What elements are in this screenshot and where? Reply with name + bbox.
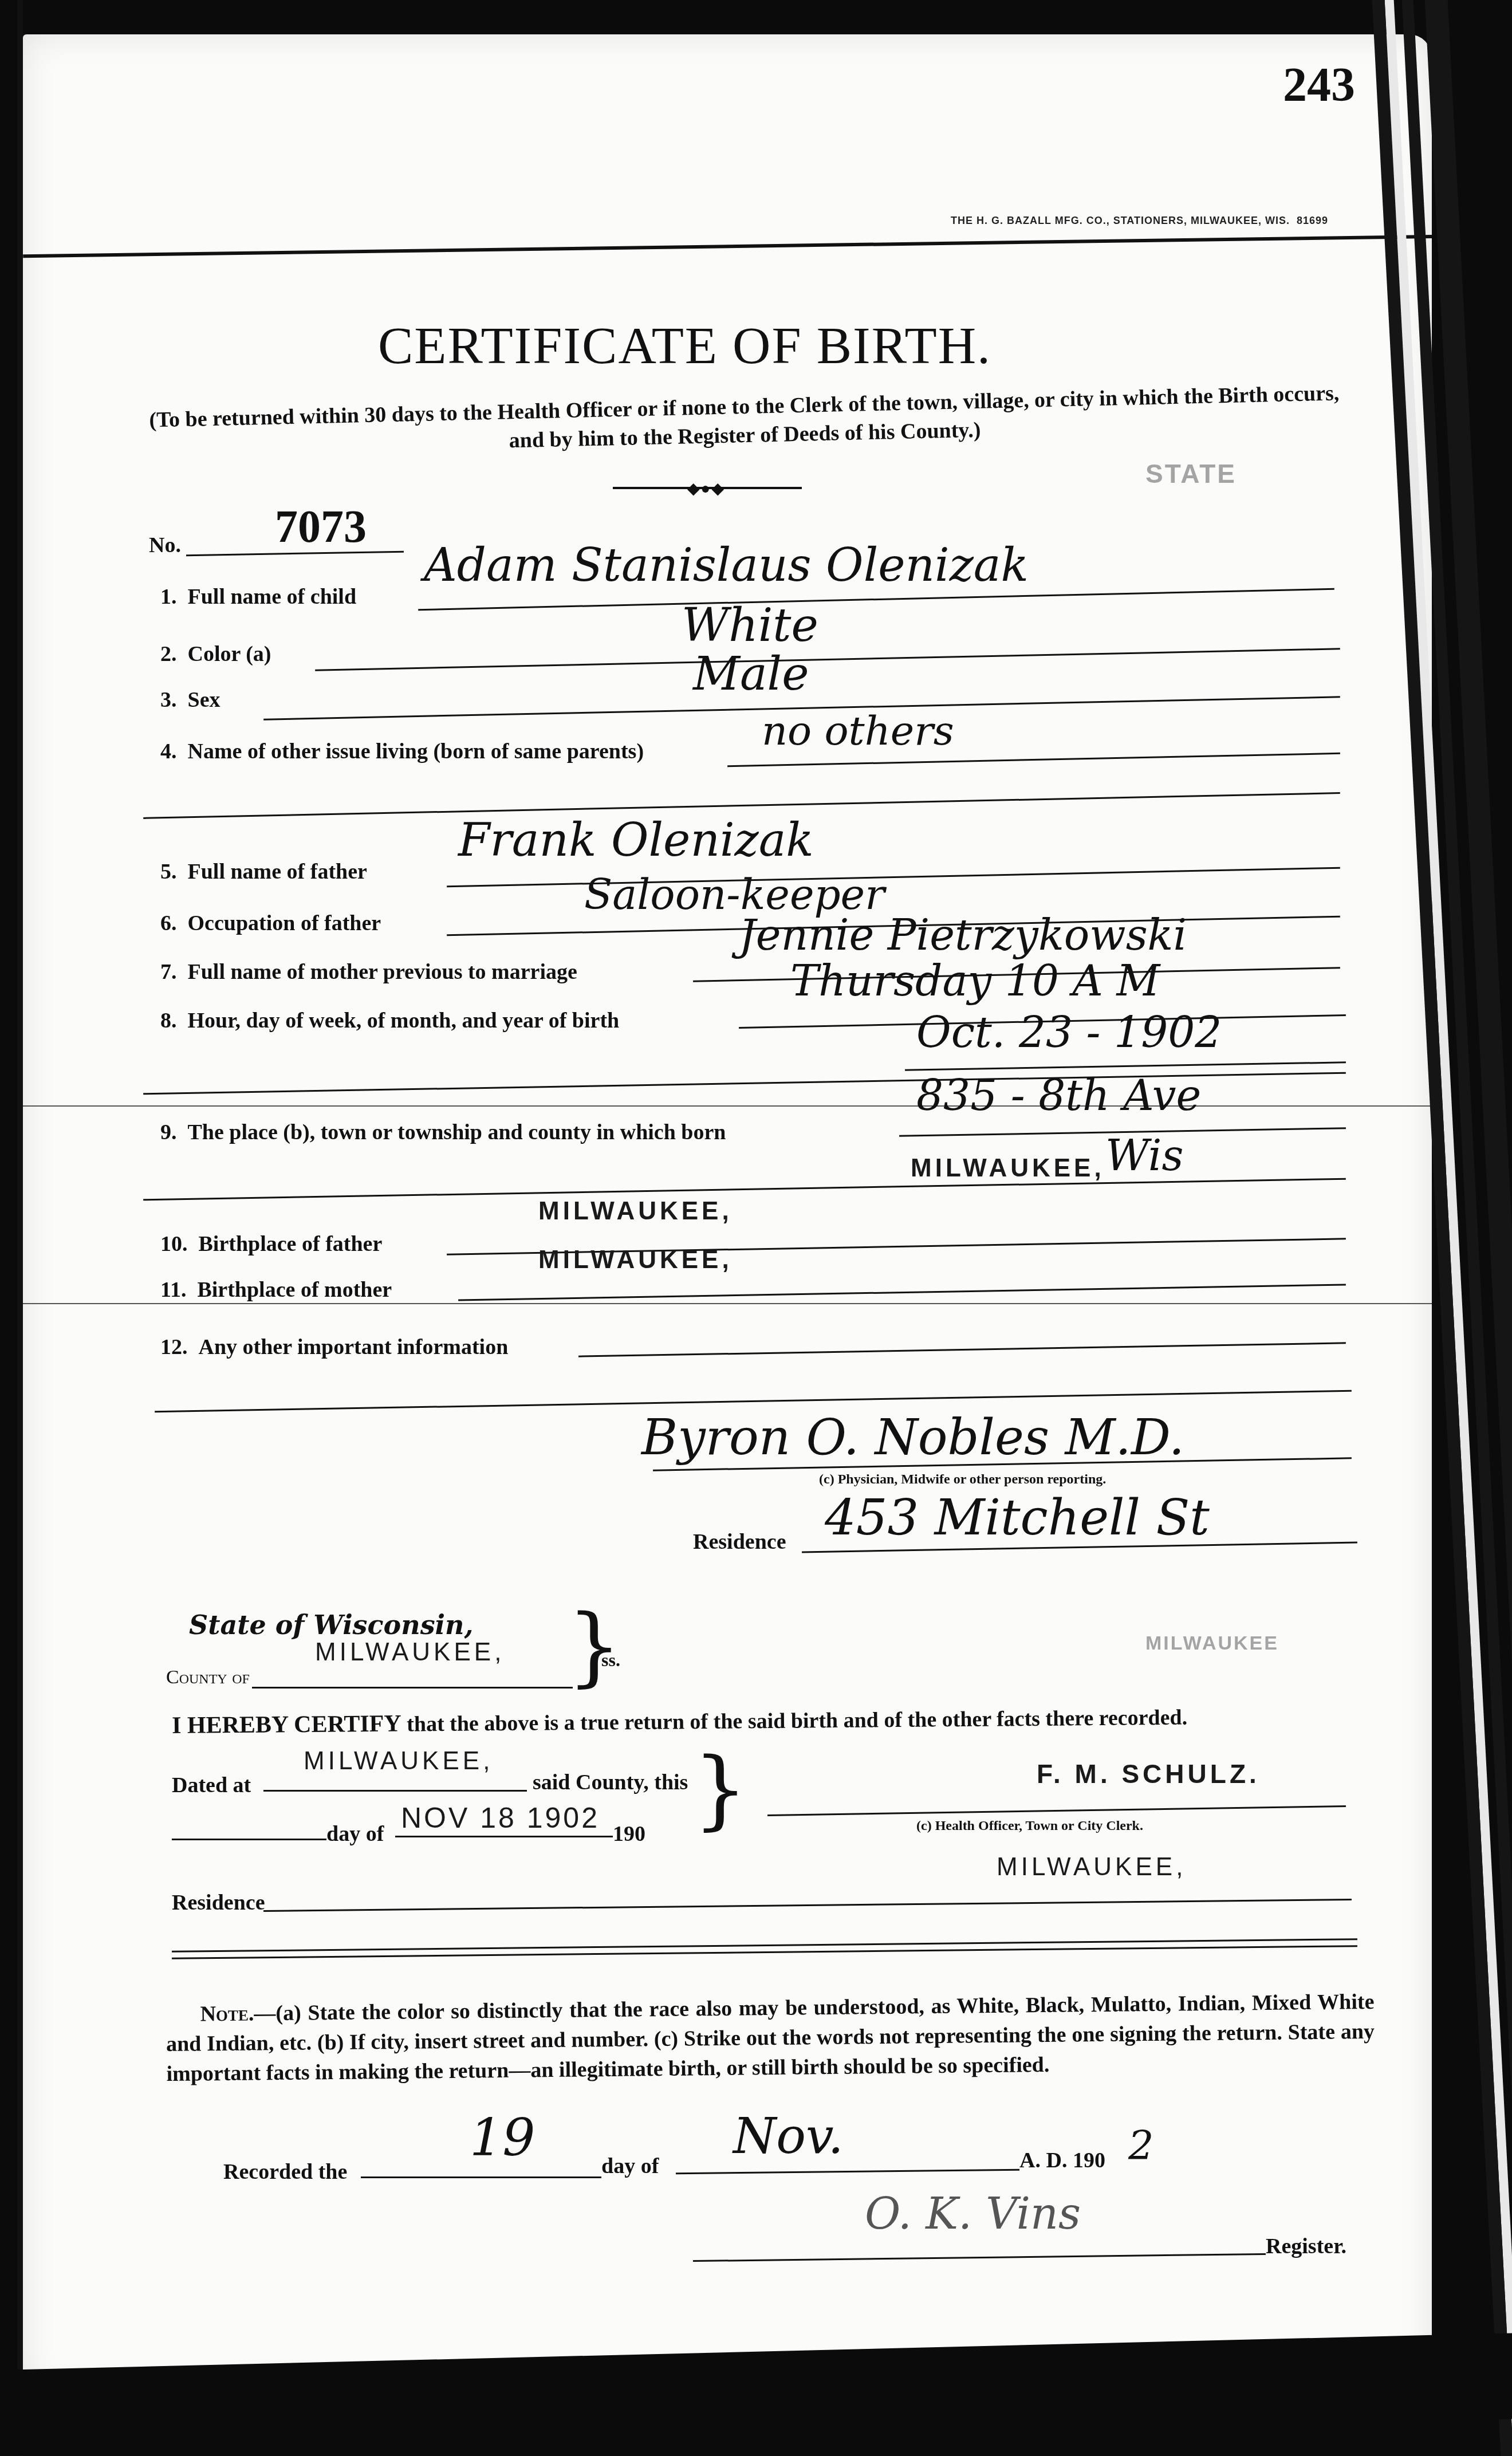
- dated-at-stamp: MILWAUKEE,: [304, 1747, 493, 1776]
- field-12-label: 12. Any other important information: [160, 1335, 508, 1360]
- year-prefix: 190: [613, 1821, 645, 1847]
- child-name-value: Adam Stanislaus Olenizak: [424, 538, 1029, 592]
- certificate-number: 7073: [275, 501, 367, 553]
- birth-day-time-value: Thursday 10 A M: [790, 957, 1160, 1006]
- birth-date-value: Oct. 23 - 1902: [916, 1008, 1222, 1057]
- county-stamp: MILWAUKEE,: [315, 1638, 505, 1667]
- note-paragraph: Note.—(a) State the color so distinctly …: [166, 1987, 1375, 2089]
- sex-value: Male: [693, 647, 809, 700]
- recorded-label: Recorded the: [223, 2159, 347, 2185]
- father-name-value: Frank Olenizak: [458, 813, 814, 867]
- field-11-label: 11. Birthplace of mother: [160, 1277, 392, 1302]
- brace-icon: }: [567, 1604, 621, 1690]
- mother-birthplace-stamp: MILWAUKEE,: [538, 1246, 733, 1274]
- ornament-icon: ◆●◆: [687, 479, 725, 498]
- birthplace-street-value: 835 - 8th Ave: [916, 1071, 1201, 1120]
- recorded-month-value: Nov.: [733, 2108, 844, 2165]
- birthplace-state-value: Wis: [1105, 1131, 1183, 1180]
- reporter-signature: Byron O. Nobles M.D.: [641, 1409, 1184, 1466]
- book-spine: [17, 0, 23, 2456]
- county-label: County of: [166, 1667, 250, 1688]
- field-5-label: 5. Full name of father: [160, 859, 367, 884]
- certificate-page: 243 THE H. G. BAZALL MFG. CO., STATIONER…: [23, 34, 1432, 2388]
- document-title: CERTIFICATE OF BIRTH.: [378, 315, 991, 376]
- other-issue-value: no others: [762, 707, 954, 754]
- dated-at-label: Dated at: [172, 1773, 251, 1798]
- certificate-no-label: No.: [149, 533, 181, 558]
- color-value: White: [682, 599, 818, 652]
- brace-icon-2: }: [693, 1747, 747, 1833]
- mother-name-value: Jennie Pietrzykowski: [739, 911, 1187, 960]
- health-officer-caption: (c) Health Officer, Town or City Clerk.: [916, 1819, 1143, 1834]
- health-officer-stamp: F. M. SCHULZ.: [1037, 1758, 1260, 1789]
- recorded-day-value: 19: [470, 2108, 535, 2168]
- father-birthplace-stamp: MILWAUKEE,: [538, 1197, 733, 1226]
- recorded-ad-label: A. D. 190: [1019, 2148, 1105, 2173]
- field-9-label: 9. The place (b), town or township and c…: [160, 1120, 726, 1145]
- field-8-label: 8. Hour, day of week, of month, and year…: [160, 1008, 619, 1033]
- recorded-year-suffix: 2: [1128, 2122, 1154, 2169]
- certify-statement: I HEREBY CERTIFY that the above is a tru…: [172, 1702, 1363, 1739]
- document-instructions: (To be returned within 30 days to the He…: [148, 379, 1341, 463]
- reporter-residence-value: 453 Mitchell St: [825, 1489, 1210, 1546]
- field-4-label: 4. Name of other issue living (born of s…: [160, 739, 644, 764]
- recorded-day-of-label: day of: [601, 2154, 659, 2179]
- page-number: 243: [1283, 57, 1355, 113]
- top-rule: [23, 235, 1432, 258]
- day-of-label: day of: [326, 1821, 384, 1847]
- reporter-residence-label: Residence: [693, 1529, 786, 1554]
- field-3-label: 3. Sex: [160, 687, 220, 713]
- dated-day-stamp: NOV 18 1902: [401, 1801, 600, 1835]
- field-10-label: 10. Birthplace of father: [160, 1231, 382, 1257]
- officer-residence-stamp: MILWAUKEE,: [997, 1853, 1186, 1882]
- printer-imprint: THE H. G. BAZALL MFG. CO., STATIONERS, M…: [951, 215, 1328, 227]
- faint-stamp-2: MILWAUKEE: [1145, 1632, 1279, 1655]
- officer-residence-label: Residence: [172, 1890, 265, 1915]
- faint-stamp: STATE: [1145, 458, 1237, 489]
- reporter-caption: (c) Physician, Midwife or other person r…: [819, 1472, 1106, 1487]
- field-1-label: 1. Full name of child: [160, 584, 356, 609]
- said-county-label: said County, this: [533, 1770, 688, 1795]
- field-2-label: 2. Color (a): [160, 641, 271, 667]
- field-7-label: 7. Full name of mother previous to marri…: [160, 959, 577, 985]
- register-signature: O. K. Vins: [865, 2188, 1081, 2239]
- form-number: 81699: [1297, 215, 1328, 226]
- birthplace-city-stamp: MILWAUKEE,: [911, 1154, 1105, 1183]
- state-heading: State of Wisconsin,: [189, 1609, 473, 1640]
- ss-label: ss.: [601, 1650, 620, 1671]
- register-label: Register.: [1266, 2234, 1346, 2259]
- field-6-label: 6. Occupation of father: [160, 911, 381, 936]
